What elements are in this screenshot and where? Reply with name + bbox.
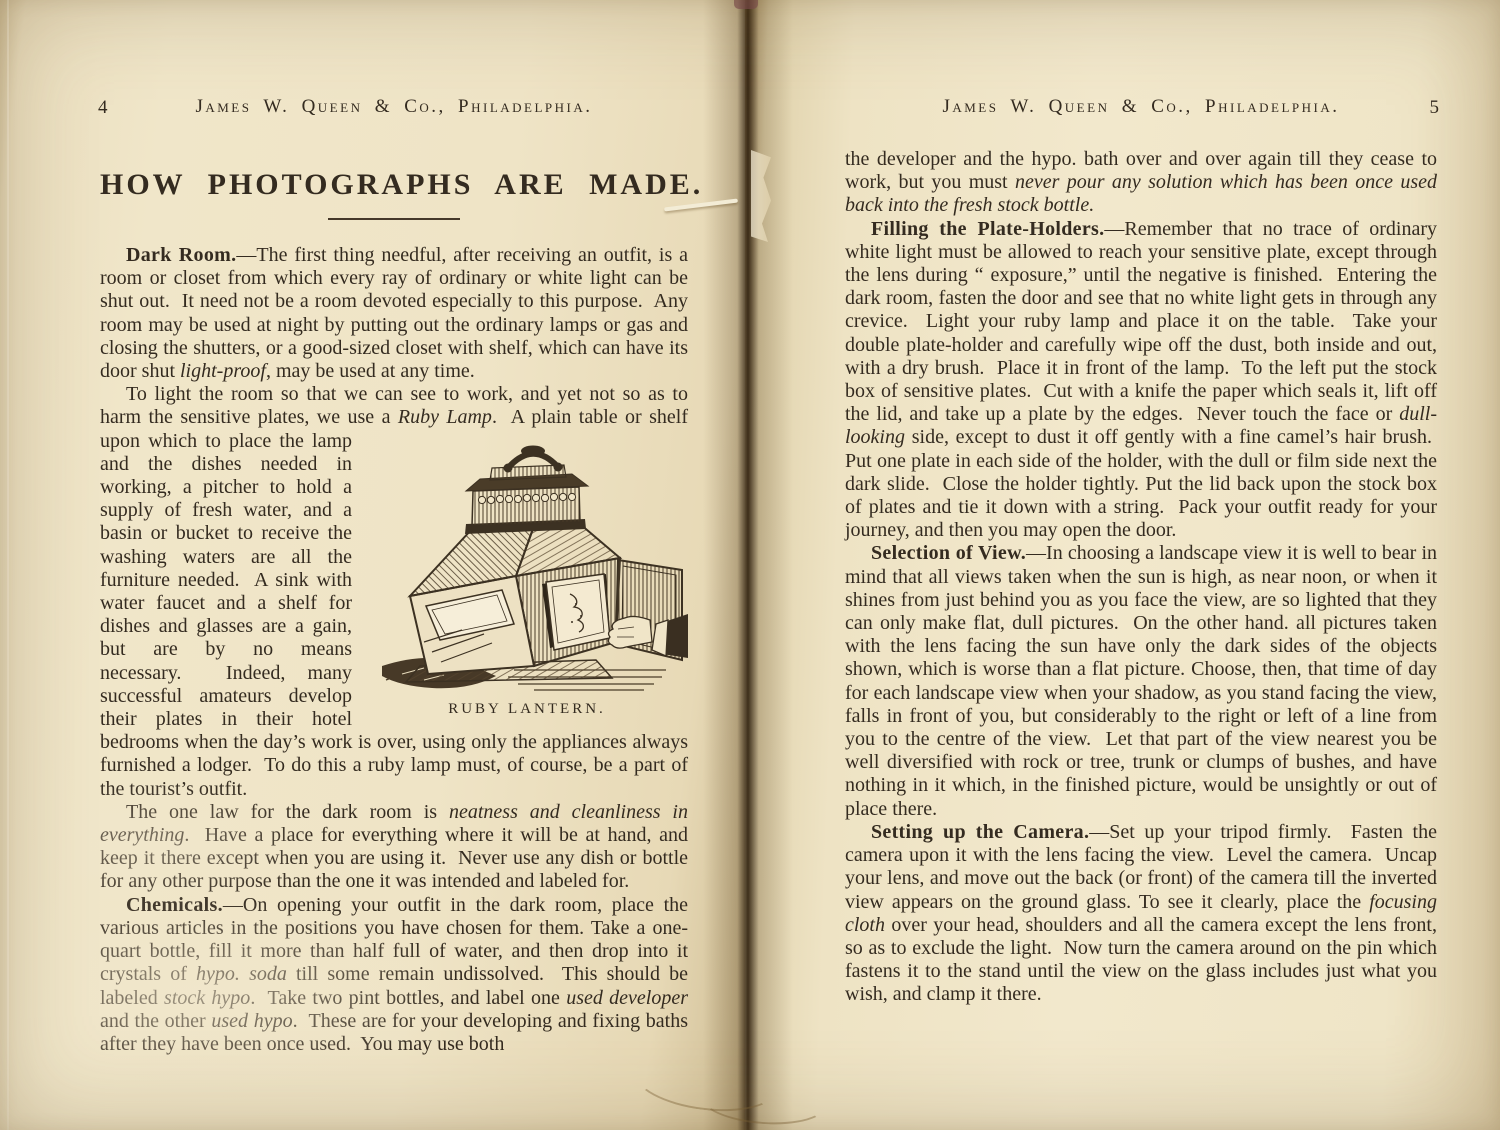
running-header-text: James W. Queen & Co., Philadelphia. [942,96,1339,117]
running-header-right: James W. Queen & Co., Philadelphia. 5 [845,96,1437,118]
running-header-left: 4 James W. Queen & Co., Philadelphia. [100,96,688,118]
paragraph-filling-plate-holders: Filling the Plate-Holders.—Remember that… [845,218,1437,543]
paragraph-continuation: the developer and the hypo. bath over an… [845,148,1437,218]
open-book-spread: 4 James W. Queen & Co., Philadelphia. HO… [0,0,1500,1130]
running-header-text: James W. Queen & Co., Philadelphia. [195,96,592,117]
page-title: HOW PHOTOGRAPHS ARE MADE. [100,168,688,202]
left-body-text: Dark Room.—The first thing needful, afte… [100,244,688,1056]
paragraph-one-law: The one law for the dark room is neatnes… [100,801,688,894]
paragraph-ruby-lamp: To light the room so that we can see to … [100,383,688,801]
right-page: James W. Queen & Co., Philadelphia. 5 th… [745,0,1500,1130]
paragraph-chemicals: Chemicals.—On opening your outfit in the… [100,894,688,1056]
title-rule [328,218,460,220]
page-number-left: 4 [98,97,108,119]
left-page: 4 James W. Queen & Co., Philadelphia. HO… [0,0,745,1130]
paragraph-selection-of-view: Selection of View.—In choosing a landsca… [845,542,1437,820]
right-page-content: James W. Queen & Co., Philadelphia. 5 th… [845,96,1437,1007]
figure-caption: RUBY LANTERN. [366,698,688,721]
page-number-right: 5 [1430,97,1440,119]
ruby-lantern-illustration [366,434,688,692]
paragraph-dark-room: Dark Room.—The first thing needful, afte… [100,244,688,383]
ruby-lantern-figure: RUBY LANTERN. [366,434,688,721]
spine-sliver [734,0,758,9]
left-page-content: 4 James W. Queen & Co., Philadelphia. HO… [100,96,688,1056]
page-edge-crease [7,0,9,1130]
right-body-text: the developer and the hypo. bath over an… [845,148,1437,1007]
paragraph-setting-up-camera: Setting up the Camera.—Set up your tripo… [845,821,1437,1007]
